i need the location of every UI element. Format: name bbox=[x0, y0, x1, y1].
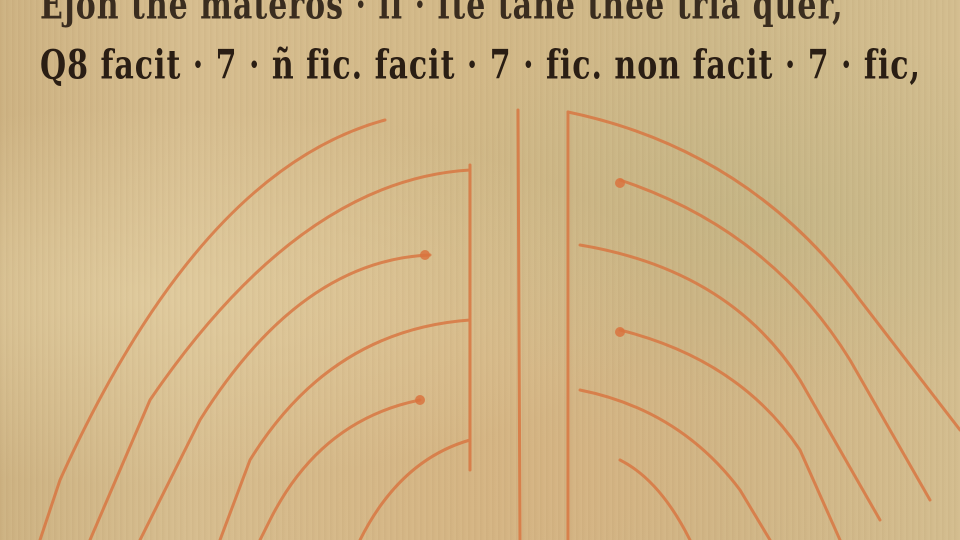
labyrinth-drawing bbox=[0, 0, 960, 540]
labyrinth-left-arc-1 bbox=[40, 120, 385, 540]
manuscript-page: Ejon the materos · ii · fte tane thee tr… bbox=[0, 0, 960, 540]
